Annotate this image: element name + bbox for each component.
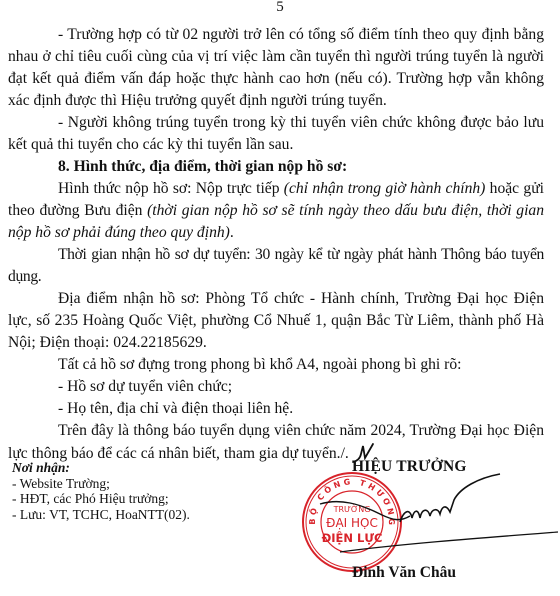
submission-note-hours: (chỉ nhận trong giờ hành chính) [284, 180, 486, 197]
paragraph-no-reserve: - Người không trúng tuyển trong kỳ thi t… [8, 112, 544, 156]
envelope-item: - Hồ sơ dự tuyển viên chức; [8, 376, 544, 398]
page-number: 5 [0, 0, 560, 16]
submission-prefix: Hình thức nộp hồ sơ: Nộp trực tiếp [58, 180, 284, 197]
recipients-title: Nơi nhận: [12, 460, 190, 476]
stamp-line-3: ĐIỆN LỰC [322, 530, 383, 545]
paragraph-receiving-time: Thời gian nhận hồ sơ dự tuyển: 30 ngày k… [8, 244, 544, 288]
paragraph-tie-rule: - Trường hợp có từ 02 người trở lên có t… [8, 24, 544, 112]
submission-suffix: . [230, 224, 234, 241]
stamp-line-2: ĐẠI HỌC [326, 516, 378, 530]
signature-block: HIỆU TRƯỞNG BỘ CÔNG THƯƠNG TRƯỜNG ĐẠI HỌ… [300, 452, 560, 596]
recipient-item: - Lưu: VT, TCHC, HoaNTT(02). [12, 507, 190, 523]
official-stamp-icon: BỘ CÔNG THƯƠNG TRƯỜNG ĐẠI HỌC ĐIỆN LỰC [300, 470, 404, 574]
stamp-line-1: TRƯỜNG [333, 503, 371, 514]
paragraph-receiving-place: Địa điểm nhận hồ sơ: Phòng Tổ chức - Hàn… [8, 288, 544, 354]
recipient-item: - Website Trường; [12, 476, 190, 492]
envelope-item: - Họ tên, địa chỉ và điện thoại liên hệ. [8, 398, 544, 420]
recipient-item: - HĐT, các Phó Hiệu trưởng; [12, 491, 190, 507]
recipients-block: Nơi nhận: - Website Trường; - HĐT, các P… [12, 460, 190, 522]
signer-name: Đinh Văn Châu [352, 564, 456, 582]
paragraph-submission-method: Hình thức nộp hồ sơ: Nộp trực tiếp (chỉ … [8, 178, 544, 244]
document-body: - Trường hợp có từ 02 người trở lên có t… [8, 24, 544, 465]
paragraph-envelope-intro: Tất cả hồ sơ đựng trong phong bì khổ A4,… [8, 354, 544, 376]
section-heading: 8. Hình thức, địa điểm, thời gian nộp hồ… [8, 156, 544, 178]
